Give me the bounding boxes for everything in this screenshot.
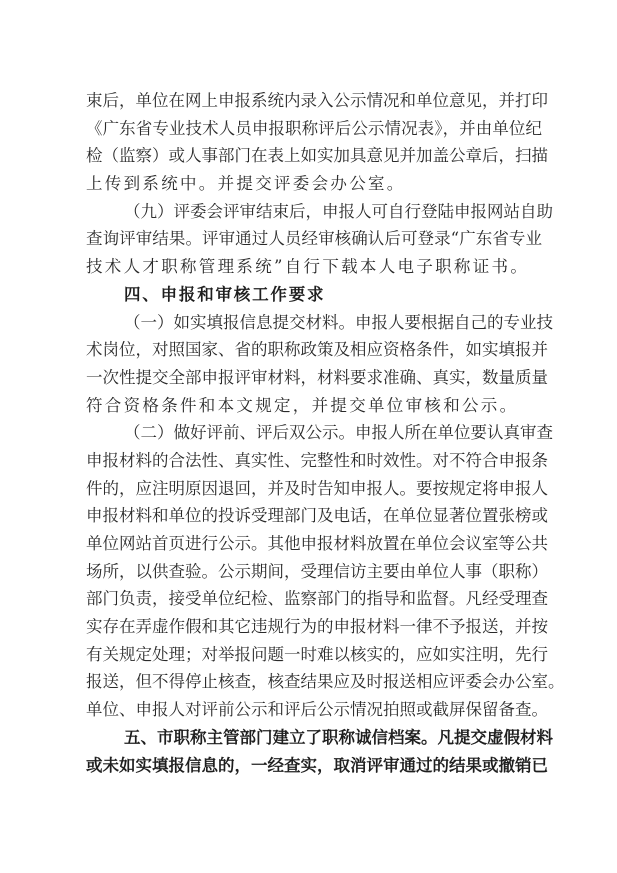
paragraph-line: 实存在弄虚作假和其它违规行为的申报材料一律不予报送，并按 — [86, 613, 542, 641]
paragraph-line: 束后，单位在网上申报系统内录入公示情况和单位意见，并打印 — [86, 87, 542, 115]
paragraph-line: 报送，但不得停止核查，核查结果应及时报送相应评委会办公室。 — [86, 668, 542, 696]
paragraph-line: 技术人才职称管理系统”自行下载本人电子职称证书。 — [86, 253, 542, 281]
paragraph-line: 单位网站首页进行公示。其他申报材料放置在单位会议室等公共 — [86, 530, 542, 558]
paragraph-line-item-2: （二）做好评前、评后双公示。申报人所在单位要认真审查 — [86, 419, 542, 447]
paragraph-line: 件的，应注明原因退回，并及时告知申报人。要按规定将申报人 — [86, 475, 542, 503]
paragraph-line-item-9: （九）评委会评审结束后，申报人可自行登陆申报网站自助 — [86, 198, 542, 226]
paragraph-line: 《广东省专业技术人员申报职称评后公示情况表》，并由单位纪 — [86, 115, 542, 143]
paragraph-line: 申报材料的合法性、真实性、完整性和时效性。对不符合申报条 — [86, 447, 542, 475]
paragraph-line: 部门负责，接受单位纪检、监察部门的指导和监督。凡经受理查 — [86, 585, 542, 613]
paragraph-line: 场所，以供查验。公示期间，受理信访主要由单位人事（职称） — [86, 558, 542, 586]
paragraph-line: 上传到系统中。并提交评委会办公室。 — [86, 170, 542, 198]
paragraph-line: 符合资格条件和本文规定，并提交单位审核和公示。 — [86, 392, 542, 420]
paragraph-line: 一次性提交全部申报评审材料，材料要求准确、真实，数量质量 — [86, 364, 542, 392]
paragraph-line: 有关规定处理；对举报问题一时难以核实的，应如实注明，先行 — [86, 641, 542, 669]
paragraph-line-bold: 或未如实填报信息的，一经查实，取消评审通过的结果或撤销已 — [86, 752, 542, 780]
paragraph-line: 术岗位，对照国家、省的职称政策及相应资格条件，如实填报并 — [86, 336, 542, 364]
section-heading-4: 四、申报和审核工作要求 — [86, 281, 542, 309]
paragraph-line: 申报材料和单位的投诉受理部门及电话，在单位显著位置张榜或 — [86, 502, 542, 530]
paragraph-line: 单位、申报人对评前公示和评后公示情况拍照或截屏保留备查。 — [86, 696, 542, 724]
paragraph-line: 检（监察）或人事部门在表上如实加具意见并加盖公章后，扫描 — [86, 142, 542, 170]
document-page: 束后，单位在网上申报系统内录入公示情况和单位意见，并打印 《广东省专业技术人员申… — [0, 0, 617, 873]
document-body: 束后，单位在网上申报系统内录入公示情况和单位意见，并打印 《广东省专业技术人员申… — [86, 87, 542, 779]
paragraph-line-item-1: （一）如实填报信息提交材料。申报人要根据自己的专业技 — [86, 309, 542, 337]
section-heading-5: 五、市职称主管部门建立了职称诚信档案。凡提交虚假材料 — [86, 724, 542, 752]
paragraph-line: 查询评审结果。评审通过人员经审核确认后可登录“广东省专业 — [86, 225, 542, 253]
